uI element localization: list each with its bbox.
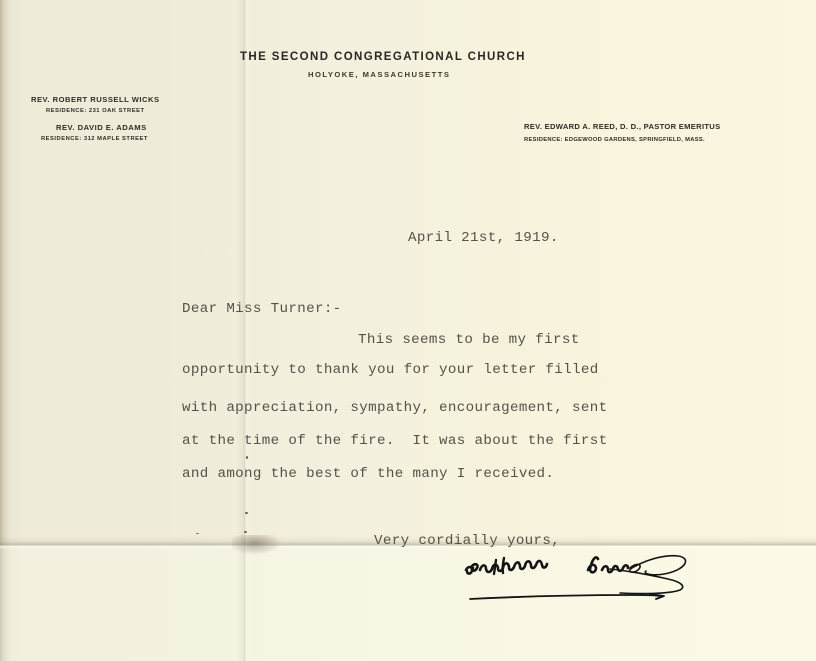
paper-speck [245,512,248,514]
left-minister-2-name: REV. DAVID E. ADAMS [56,123,147,132]
body-line-2: opportunity to thank you for your letter… [182,362,599,378]
fold-crumple-mark [232,535,282,555]
paper-speck [244,531,247,533]
vertical-fold-crease [236,0,252,661]
church-city: HOLYOKE, MASSACHUSETTS [308,70,450,79]
paper-speck [196,533,199,534]
letter-salutation: Dear Miss Turner:- [182,301,342,317]
left-minister-1-residence: RESIDENCE: 231 OAK STREET [46,108,145,114]
handwritten-signature [460,548,750,608]
left-minister-1-name: REV. ROBERT RUSSELL WICKS [31,95,160,104]
body-line-4: at the time of the fire. It was about th… [182,433,607,449]
body-line-1: This seems to be my first [358,332,580,348]
pastor-emeritus-residence: RESIDENCE: EDGEWOOD GARDENS, SPRINGFIELD… [524,137,705,143]
left-minister-2-residence: RESIDENCE: 312 MAPLE STREET [41,136,148,142]
letter-date: April 21st, 1919. [408,230,559,246]
body-line-3: with appreciation, sympathy, encourageme… [182,400,607,416]
church-name: THE SECOND CONGREGATIONAL CHURCH [240,51,526,63]
letter-closing: Very cordially yours, [374,533,560,549]
body-line-5: and among the best of the many I receive… [182,466,554,482]
paper-speck [246,456,248,459]
pastor-emeritus-name: REV. EDWARD A. REED, D. D., PASTOR EMERI… [524,122,720,131]
